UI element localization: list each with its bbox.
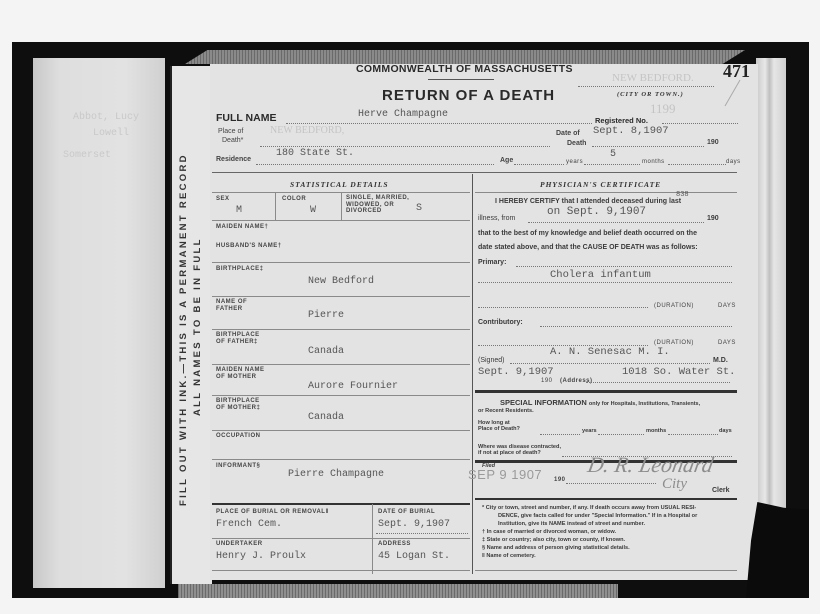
footnote-1c: Institution, give its NAME instead of st…: [498, 520, 645, 528]
primary-cause-value: Cholera infantum: [550, 269, 651, 281]
undertaker-value: Henry J. Proulx: [216, 551, 306, 562]
maiden-name-label: MAIDEN NAME†: [216, 224, 268, 230]
page-bottom-fold: [178, 584, 618, 598]
dark-cloth-overlay: [746, 502, 809, 598]
state-heading: COMMONWEALTH OF MASSACHUSETTS: [356, 63, 573, 75]
clerk-signature: D. R. Leonard: [586, 452, 716, 478]
marital-label: SINGLE, MARRIED, WIDOWED, OR DIVORCED: [346, 195, 409, 215]
place-of-death-value: NEW BEDFORD,: [270, 125, 344, 136]
sex-value: M: [236, 205, 242, 216]
certify-line-3: that to the best of my knowledge and bel…: [478, 230, 697, 237]
burial-date-label: DATE OF BURIAL: [378, 509, 435, 515]
father-birthplace-value: Canada: [308, 346, 344, 357]
form-title: RETURN OF A DEATH: [382, 87, 555, 104]
ghost-text: Abbot, Lucy: [73, 112, 139, 123]
birthplace-label: BIRTHPLACE‡: [216, 266, 264, 272]
undertaker-address-value: 45 Logan St.: [378, 551, 450, 562]
date-of-death-label-2: Death: [567, 140, 586, 147]
color-label: COLOR: [282, 196, 306, 202]
city-or-town-label: (CITY OR TOWN.): [617, 91, 684, 98]
registered-no-value: 1199: [650, 101, 676, 117]
place-of-death-label: Place of: [218, 128, 243, 135]
primary-duration-label: (DURATION): [654, 303, 694, 309]
filed-suffix: 190: [554, 477, 566, 483]
age-days-label: days: [726, 159, 741, 165]
city-stamp: NEW BEDFORD.: [612, 72, 694, 84]
mother-maiden-value: Aurore Fournier: [308, 381, 398, 392]
date-of-death-label: Date of: [556, 130, 580, 137]
ghost-text: Lowell: [93, 128, 129, 139]
footnote-5: ‖ Name of cemetery.: [482, 552, 536, 560]
page-number: 471: [723, 61, 750, 82]
md-label: M.D.: [713, 357, 728, 364]
residence-value: 180 State St.: [276, 148, 354, 159]
check-mark: [725, 80, 741, 106]
husbands-name-label: HUSBAND'S NAME†: [216, 243, 282, 249]
footnote-4: § Name and address of person giving stat…: [482, 544, 630, 552]
to-suffix: 190: [707, 215, 719, 222]
how-long-months-label: months: [646, 427, 666, 435]
page-edges: [756, 58, 786, 508]
physician-signature: A. N. Senesac M. I.: [550, 346, 670, 358]
sex-label: SEX: [216, 196, 230, 202]
footnote-1b: DENCE, give facts called for under "Spec…: [498, 512, 697, 520]
occupation-label: OCCUPATION: [216, 433, 260, 439]
clerk-signature-city: City: [662, 476, 687, 493]
undertaker-address-label: ADDRESS: [378, 541, 411, 547]
registered-no-label: Registered No.: [595, 116, 648, 125]
footnote-1: * City or town, street and number, if an…: [482, 504, 696, 512]
age-months-label: months: [642, 159, 665, 165]
primary-days-label: DAYS: [718, 303, 736, 309]
ghost-text: Somerset: [63, 150, 111, 161]
burial-place-label: PLACE OF BURIAL OR REMOVAL‖: [216, 509, 329, 515]
instruction-strip: FILL OUT WITH INK.—THIS IS A PERMANENT R…: [170, 66, 212, 584]
signed-date-value: Sept. 9,1907: [478, 366, 554, 378]
residence-label: Residence: [216, 156, 251, 163]
where-contracted-label: Where was disease contracted, if not at …: [478, 444, 561, 456]
left-facing-page: Abbot, Lucy Lowell Somerset: [33, 58, 165, 588]
place-of-death-label-2: Death*: [222, 137, 243, 144]
color-value: W: [310, 205, 316, 216]
primary-label: Primary:: [478, 259, 506, 266]
instruction-names: ALL NAMES TO BE IN FULL: [192, 237, 203, 416]
special-heading-line2: or Recent Residents.: [478, 407, 534, 415]
illness-from-label: illness, from: [478, 215, 515, 222]
full-name-value: Herve Champagne: [358, 109, 448, 120]
illness-from-value: on Sept. 9,1907: [547, 206, 646, 218]
marital-value: S: [416, 203, 422, 214]
page-top-fold: [185, 50, 745, 64]
burial-place-value: French Cem.: [216, 519, 282, 530]
special-heading: SPECIAL INFORMATION only for Hospitals, …: [500, 398, 700, 407]
contributory-label: Contributory:: [478, 319, 523, 326]
physician-address-value: 1018 So. Water St.: [622, 366, 735, 378]
instruction-ink: FILL OUT WITH INK.—THIS IS A PERMANENT R…: [178, 153, 189, 506]
how-long-years-label: years: [582, 427, 597, 435]
undertaker-label: UNDERTAKER: [216, 541, 263, 547]
physician-heading: PHYSICIAN'S CERTIFICATE: [540, 180, 661, 189]
contributory-days-label: DAYS: [718, 340, 736, 346]
father-birthplace-label: BIRTHPLACE OF FATHER‡: [216, 332, 260, 345]
clerk-label: Clerk: [712, 487, 730, 494]
father-name-label: NAME OF FATHER: [216, 299, 247, 312]
statistical-heading: STATISTICAL DETAILS: [290, 180, 389, 189]
age-label: Age: [500, 157, 513, 164]
birthplace-value: New Bedford: [308, 276, 374, 287]
death-return-form: COMMONWEALTH OF MASSACHUSETTS RETURN OF …: [210, 64, 758, 580]
how-long-label: How long at Place of Death?: [478, 420, 520, 432]
mother-maiden-label: MAIDEN NAME OF MOTHER: [216, 367, 265, 380]
how-long-days-label: days: [719, 427, 732, 435]
age-years-label: years: [566, 159, 583, 165]
full-name-label: FULL NAME: [216, 112, 276, 124]
date-of-death-value: Sept. 8,1907: [593, 125, 669, 137]
certify-line-1: I HEREBY CERTIFY that I attended decease…: [495, 198, 681, 205]
mother-birthplace-label: BIRTHPLACE OF MOTHER‡: [216, 398, 260, 411]
signed-label: (Signed): [478, 357, 504, 364]
footnote-2: † In case of married or divorced woman, …: [482, 528, 616, 536]
burial-date-value: Sept. 9,1907: [378, 519, 450, 530]
signed-date-suffix: 190: [541, 378, 553, 384]
filed-stamp: SEP 9 1907: [468, 467, 542, 482]
footnote-3: ‡ State or country; also city, town or c…: [482, 536, 625, 544]
informant-label: INFORMANT§: [216, 463, 260, 469]
mother-birthplace-value: Canada: [308, 412, 344, 423]
date-suffix: 190: [707, 139, 719, 146]
informant-value: Pierre Champagne: [288, 469, 384, 480]
physician-address-label: (Address): [560, 378, 593, 384]
father-name-value: Pierre: [308, 310, 344, 321]
certify-line-4: date stated above, and that the CAUSE OF…: [478, 244, 698, 251]
age-months-value: 5: [610, 149, 616, 160]
